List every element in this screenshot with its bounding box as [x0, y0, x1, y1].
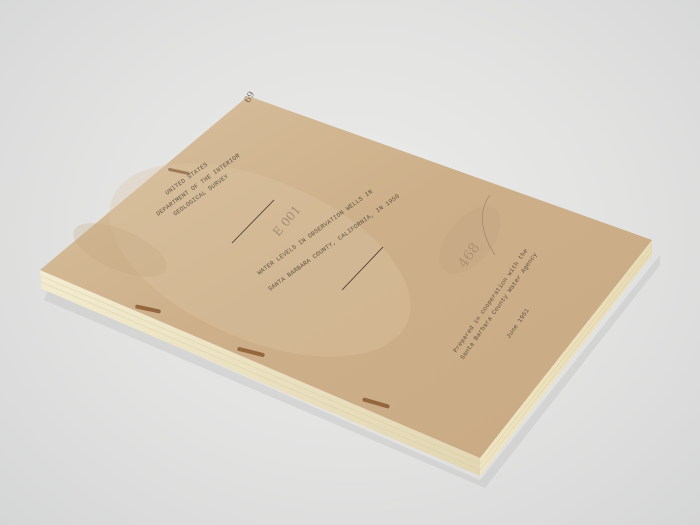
photo-scene: [0, 0, 700, 525]
